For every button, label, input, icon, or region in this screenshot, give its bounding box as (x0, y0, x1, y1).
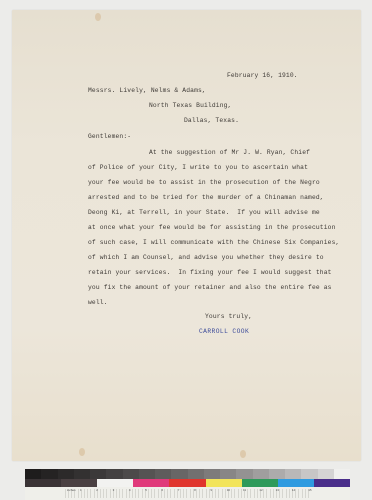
paper-stain (240, 450, 246, 458)
ruler-tick-label: 11 (243, 488, 246, 492)
gray-patch (220, 469, 236, 479)
gray-patch (318, 469, 334, 479)
ruler-tick-label: 7 (178, 488, 180, 492)
body-line: of such case, I will communicate with th… (88, 240, 339, 246)
ruler-tick-label: 10 (227, 488, 230, 492)
body-line: at once what your fee would be for assis… (88, 225, 336, 231)
gray-patch (236, 469, 252, 479)
salutation: Gentlemen:- (88, 134, 131, 140)
addressee-line: Messrs. Lively, Nelms & Adams, (88, 88, 206, 94)
ruler-tick-label: 6 (162, 488, 164, 492)
ruler-tick-label: 2 (96, 488, 98, 492)
color-patch (25, 479, 61, 487)
ruler-tick-label: 15 (308, 488, 311, 492)
ruler: inches 123456789101112131415 (25, 487, 350, 500)
color-patch (169, 479, 205, 487)
gray-patch (301, 469, 317, 479)
gray-patch (25, 469, 41, 479)
color-patch-strip (25, 479, 350, 487)
gray-patch (74, 469, 90, 479)
body-line: of Police of your City, I write to you t… (88, 165, 308, 171)
gray-patch (285, 469, 301, 479)
gray-patch (58, 469, 74, 479)
color-calibration-target: inches 123456789101112131415 (25, 469, 350, 500)
ruler-tick-label: 5 (145, 488, 147, 492)
ruler-unit-label: inches (67, 488, 76, 492)
color-patch (314, 479, 350, 487)
ruler-tick-label: 12 (259, 488, 262, 492)
body-line: retain your services. In fixing your fee… (88, 270, 332, 276)
ruler-tick-label: 1 (80, 488, 82, 492)
color-patch (242, 479, 278, 487)
ruler-tick-label: 14 (292, 488, 295, 492)
body-line: of which I am Counsel, and advise you wh… (88, 255, 324, 261)
gray-patch (269, 469, 285, 479)
letter-page: February 16, 1910. Messrs. Lively, Nelms… (12, 10, 361, 461)
gray-patch (139, 469, 155, 479)
body-line: well. (88, 300, 108, 306)
body-line: you fix the amount of your retainer and … (88, 285, 332, 291)
gray-patch (171, 469, 187, 479)
paper-stain (79, 448, 85, 456)
letter-date: February 16, 1910. (227, 73, 298, 79)
gray-patch (123, 469, 139, 479)
gray-patch (155, 469, 171, 479)
signature: CARROLL COOK (199, 329, 249, 335)
paper-stain (95, 13, 101, 21)
gray-patch (188, 469, 204, 479)
ruler-tick-label: 9 (210, 488, 212, 492)
color-patch (133, 479, 169, 487)
closing: Yours truly, (205, 314, 252, 320)
ruler-ticks (65, 489, 310, 498)
body-line: your fee would be to assist in the prose… (88, 180, 320, 186)
body-line: At the suggestion of Mr J. W. Ryan, Chie… (149, 150, 310, 156)
body-line: Deong Ki, at Terrell, in your State. If … (88, 210, 320, 216)
gray-patch (334, 469, 350, 479)
addressee-line: North Texas Building, (149, 103, 232, 109)
gray-patch (106, 469, 122, 479)
color-patch (61, 479, 97, 487)
ruler-tick-label: 4 (129, 488, 131, 492)
ruler-tick-label: 3 (113, 488, 115, 492)
color-patch (278, 479, 314, 487)
gray-patch (204, 469, 220, 479)
ruler-tick-label: 13 (276, 488, 279, 492)
gray-patch (41, 469, 57, 479)
gray-patch (90, 469, 106, 479)
color-patch (206, 479, 242, 487)
ruler-tick-label: 8 (194, 488, 196, 492)
grayscale-strip (25, 469, 350, 479)
gray-patch (253, 469, 269, 479)
color-patch (97, 479, 133, 487)
body-line: arrested and to be tried for the murder … (88, 195, 324, 201)
addressee-line: Dallas, Texas. (184, 118, 239, 124)
